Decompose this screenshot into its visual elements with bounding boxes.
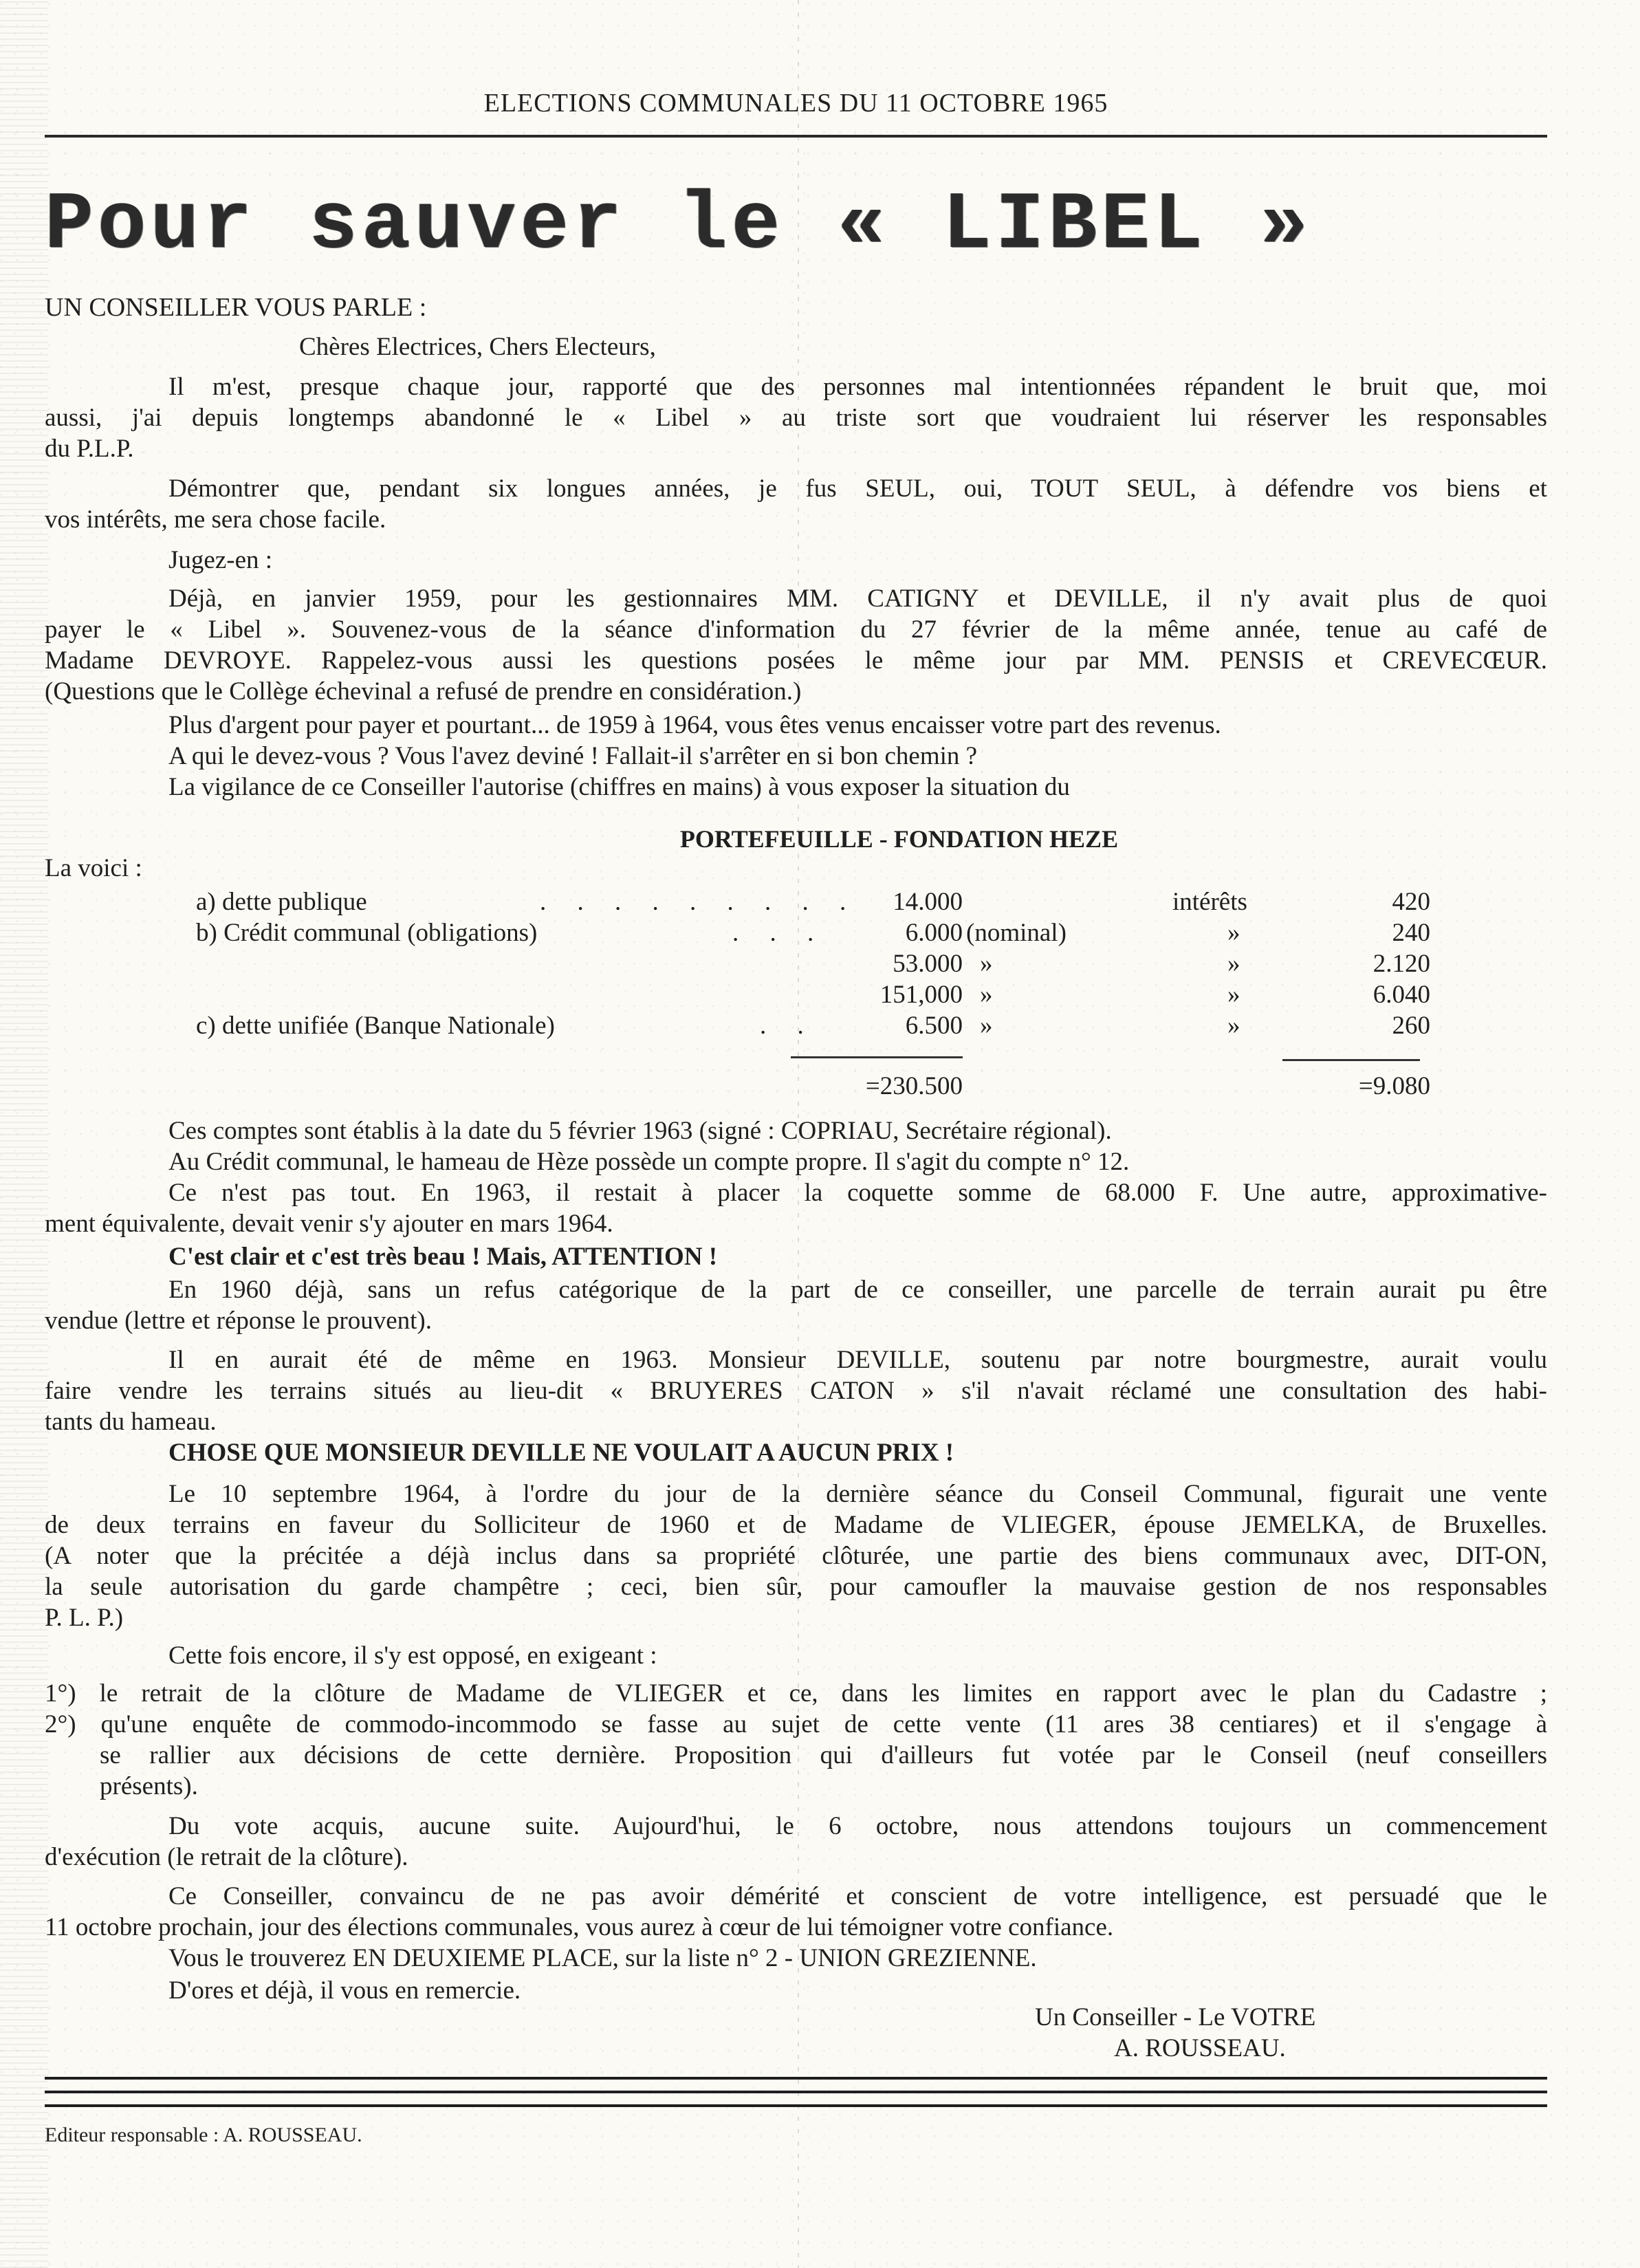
row-label: b) Crédit communal (obligations) [196, 918, 537, 948]
portfolio-heading: PORTEFEUILLE - FONDATION HEZE [45, 824, 1547, 855]
body-line: Plus d'argent pour payer et pourtant... … [45, 710, 1547, 741]
row-interest-label: » [1227, 1011, 1240, 1040]
section-subtitle: UN CONSEILLER VOUS PARLE : [45, 292, 426, 323]
row-interest-label: intérêts [1172, 887, 1247, 917]
editor-responsible: Editeur responsable : A. ROUSSEAU. [45, 2124, 362, 2147]
body-line: Ce Conseiller, convaincu de ne pas avoir… [45, 1881, 1547, 1912]
row-leader-dots: . . . . . . . . . [540, 887, 858, 917]
total-amount: =230.500 [866, 1071, 963, 1101]
body-line: 11 octobre prochain, jour des élections … [45, 1912, 1547, 1943]
salutation: Chères Electrices, Chers Electeurs, [45, 331, 1640, 362]
body-line: Il en aurait été de même en 1963. Monsie… [45, 1344, 1547, 1375]
list-item-continued: présents). [45, 1771, 1602, 1802]
body-line: (A noter que la précitée a déjà inclus d… [45, 1540, 1547, 1571]
body-line: faire vendre les terrains situés au lieu… [45, 1375, 1547, 1406]
body-line: tants du hameau. [45, 1406, 1547, 1437]
signature-line-2: A. ROUSSEAU. [1114, 2033, 1286, 2063]
body-line: du P.L.P. [45, 433, 1547, 464]
body-line: Jugez-en : [45, 545, 1547, 576]
row-label: a) dette publique [196, 887, 367, 917]
row-note: (nominal) [966, 918, 1067, 948]
footer-rule-3 [45, 2104, 1547, 2107]
row-interest: 260 [1392, 1011, 1431, 1040]
body-line: ment équivalente, devait venir s'y ajout… [45, 1208, 1547, 1239]
footer-rule-1 [45, 2077, 1547, 2080]
row-label: c) dette unifiée (Banque Nationale) [196, 1011, 555, 1040]
footer-rule-2 [45, 2091, 1547, 2093]
body-line: A qui le devez-vous ? Vous l'avez deviné… [45, 741, 1547, 772]
table-row: 151,000 » » 6.040 [45, 980, 1547, 1011]
row-amount: 151,000 [880, 980, 963, 1010]
header-rule [45, 135, 1547, 138]
list-item: 2°) qu'une enquête de commodo-incommodo … [45, 1709, 1547, 1740]
body-line: (Questions que le Collège échevinal a re… [45, 676, 1547, 707]
row-note: » [980, 1011, 993, 1040]
row-amount: 14.000 [893, 887, 963, 917]
amount-sum-rule [791, 1056, 963, 1058]
emphasis-heading: CHOSE QUE MONSIEUR DEVILLE NE VOULAIT A … [45, 1437, 1547, 1468]
body-line: Démontrer que, pendant six longues année… [45, 473, 1547, 504]
row-leader-dots: . . . [732, 918, 826, 948]
table-row: c) dette unifiée (Banque Nationale) . . … [45, 1011, 1547, 1042]
page-title: Pour sauver le « LIBEL » [45, 180, 1312, 272]
page-header: ELECTIONS COMMUNALES DU 11 OCTOBRE 1965 [45, 88, 1547, 118]
row-interest: 6.040 [1373, 980, 1430, 1010]
body-line: Le 10 septembre 1964, à l'ordre du jour … [45, 1479, 1547, 1509]
body-line: Vous le trouverez EN DEUXIEME PLACE, sur… [45, 1943, 1547, 1974]
list-item-continued: se rallier aux décisions de cette derniè… [45, 1740, 1547, 1771]
row-note: » [980, 980, 993, 1010]
body-line-emphasis: C'est clair et c'est très beau ! Mais, A… [45, 1241, 1547, 1272]
table-row: a) dette publique . . . . . . . . . 14.0… [45, 887, 1547, 918]
body-line: Cette fois encore, il s'y est opposé, en… [45, 1640, 1547, 1671]
total-interest: =9.080 [1359, 1071, 1430, 1101]
table-total-row: =230.500 =9.080 [45, 1071, 1547, 1102]
body-line: Déjà, en janvier 1959, pour les gestionn… [45, 583, 1547, 614]
body-line: la seule autorisation du garde champêtre… [45, 1571, 1547, 1602]
body-line: Du vote acquis, aucune suite. Aujourd'hu… [45, 1811, 1547, 1842]
portfolio-intro: La voici : [45, 853, 1547, 884]
row-interest-label: » [1227, 980, 1240, 1010]
body-line: payer le « Libel ». Souvenez-vous de la … [45, 614, 1547, 645]
body-line: vendue (lettre et réponse le prouvent). [45, 1305, 1547, 1336]
body-line: aussi, j'ai depuis longtemps abandonné l… [45, 402, 1547, 433]
body-line: Ces comptes sont établis à la date du 5 … [45, 1115, 1547, 1146]
table-row: 53.000 » » 2.120 [45, 949, 1547, 980]
body-line: La vigilance de ce Conseiller l'autorise… [45, 772, 1547, 803]
row-amount: 53.000 [893, 949, 963, 979]
interest-sum-rule [1282, 1059, 1420, 1061]
row-interest: 420 [1392, 887, 1431, 917]
row-interest-label: » [1227, 949, 1240, 979]
row-interest-label: » [1227, 918, 1240, 948]
row-leader-dots: . . [760, 1011, 816, 1040]
body-line: Il m'est, presque chaque jour, rapporté … [45, 371, 1547, 402]
body-line: Au Crédit communal, le hameau de Hèze po… [45, 1146, 1547, 1177]
body-line: P. L. P.) [45, 1602, 1547, 1633]
row-amount: 6.000 [906, 918, 963, 948]
row-interest: 240 [1392, 918, 1431, 948]
table-row: b) Crédit communal (obligations) . . . 6… [45, 918, 1547, 949]
body-line: En 1960 déjà, sans un refus catégorique … [45, 1274, 1547, 1305]
body-line: vos intérêts, me sera chose facile. [45, 504, 1547, 535]
scan-edge-noise [0, 0, 48, 2268]
list-item: 1°) le retrait de la clôture de Madame d… [45, 1678, 1547, 1709]
row-amount: 6.500 [906, 1011, 963, 1040]
signature-line-1: Un Conseiller - Le VOTRE [1035, 2003, 1315, 2032]
body-line: de deux terrains en faveur du Solliciteu… [45, 1509, 1547, 1540]
body-line: Ce n'est pas tout. En 1963, il restait à… [45, 1177, 1547, 1208]
body-line: Madame DEVROYE. Rappelez-vous aussi les … [45, 645, 1547, 676]
body-line: D'ores et déjà, il vous en remercie. [45, 1975, 1547, 2006]
row-note: » [980, 949, 993, 979]
row-interest: 2.120 [1373, 949, 1430, 979]
body-line: d'exécution (le retrait de la clôture). [45, 1842, 1547, 1873]
